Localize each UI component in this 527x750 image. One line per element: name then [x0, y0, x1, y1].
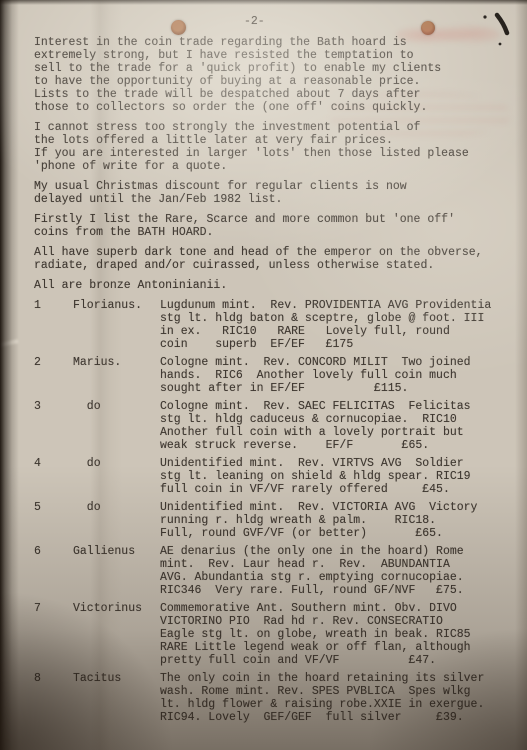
emperor-name: Gallienus	[73, 545, 160, 597]
coin-entry: 6GallienusAE denarius (the only one in t…	[34, 545, 509, 597]
emperor-name: Tacitus	[73, 672, 160, 724]
coin-description: Commemorative Ant. Southern mint. Obv. D…	[160, 602, 509, 667]
coin-entry: 3 doCologne mint. Rev. SAEC FELICITAS Fe…	[34, 400, 509, 452]
coin-description: AE denarius (the only one in the hoard) …	[160, 545, 509, 597]
entry-number: 6	[34, 545, 73, 597]
entry-number: 5	[34, 501, 73, 540]
punch-hole-right-icon	[421, 21, 435, 35]
entry-number: 1	[34, 299, 73, 351]
entry-number: 4	[34, 457, 73, 496]
entry-number: 2	[34, 356, 73, 395]
entry-number: 3	[34, 400, 73, 452]
paragraph: I cannot stress too strongly the investm…	[34, 121, 509, 173]
emperor-name: Victorinus	[73, 602, 160, 667]
coin-description: Cologne mint. Rev. SAEC FELICITAS Felici…	[160, 400, 509, 452]
coin-description: The only coin in the hoard retaining its…	[160, 672, 509, 724]
paper-page: -2- Interest in the coin trade regarding…	[0, 0, 527, 750]
typewritten-content: Interest in the coin trade regarding the…	[34, 36, 509, 729]
punch-hole-left-icon	[171, 20, 186, 35]
coin-description: Unidentified mint. Rev. VICTORIA AVG Vic…	[160, 501, 509, 540]
intro-paragraphs: Interest in the coin trade regarding the…	[34, 36, 509, 292]
coin-entry: 2Marius.Cologne mint. Rev. CONCORD MILIT…	[34, 356, 509, 395]
emperor-name: do	[73, 457, 160, 496]
emperor-name: do	[73, 400, 160, 452]
emperor-name: Marius.	[73, 356, 160, 395]
paragraph: All are bronze Antoninianii.	[34, 279, 509, 292]
emperor-name: Florianus.	[73, 299, 160, 351]
paragraph: Firstly I list the Rare, Scarce and more…	[34, 213, 509, 239]
paragraph: Interest in the coin trade regarding the…	[34, 36, 509, 114]
document-photo: -2- Interest in the coin trade regarding…	[0, 0, 527, 750]
coin-description: Lugdunum mint. Rev. PROVIDENTIA AVG Prov…	[160, 299, 509, 351]
emperor-name: do	[73, 501, 160, 540]
paper-crease-mark	[0, 339, 18, 347]
page-number: -2-	[244, 15, 265, 28]
coin-entry: 4 doUnidentified mint. Rev. VIRTVS AVG S…	[34, 457, 509, 496]
coin-entry: 5 doUnidentified mint. Rev. VICTORIA AVG…	[34, 501, 509, 540]
paragraph: All have superb dark tone and head of th…	[34, 246, 509, 272]
coin-description: Cologne mint. Rev. CONCORD MILIT Two joi…	[160, 356, 509, 395]
coin-entry: 7VictorinusCommemorative Ant. Southern m…	[34, 602, 509, 667]
coin-list: 1Florianus.Lugdunum mint. Rev. PROVIDENT…	[34, 299, 509, 724]
coin-description: Unidentified mint. Rev. VIRTVS AVG Soldi…	[160, 457, 509, 496]
coin-entry: 1Florianus.Lugdunum mint. Rev. PROVIDENT…	[34, 299, 509, 351]
entry-number: 7	[34, 602, 73, 667]
paragraph: My usual Christmas discount for regular …	[34, 180, 509, 206]
coin-entry: 8TacitusThe only coin in the hoard retai…	[34, 672, 509, 724]
entry-number: 8	[34, 672, 73, 724]
